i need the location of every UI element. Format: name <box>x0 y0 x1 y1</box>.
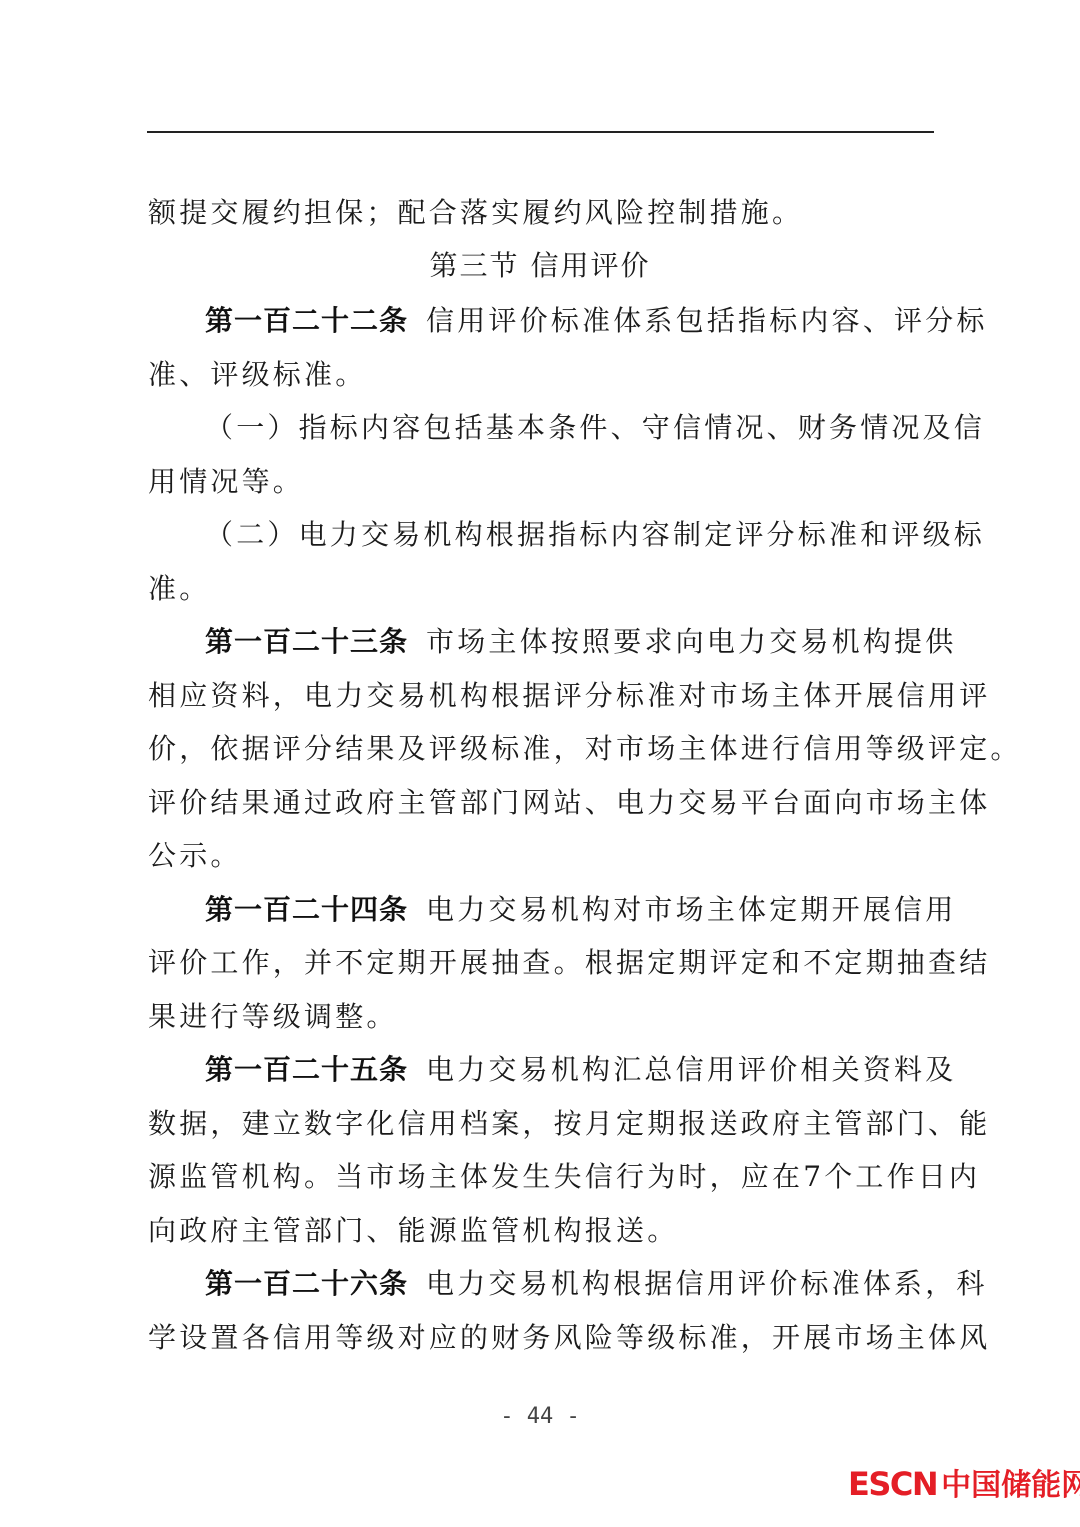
article-122-item-1-line-1: （一）指标内容包括基本条件、守信情况、财务情况及信 <box>205 408 934 448</box>
article-124-line-1: 第一百二十四条电力交易机构对市场主体定期开展信用 <box>205 890 934 930</box>
watermark-en: ESCN <box>848 1465 937 1503</box>
continuation-line: 额提交履约担保；配合落实履约风险控制措施。 <box>148 193 934 233</box>
article-122-item-1-line-2: 用情况等。 <box>148 462 934 502</box>
page-number: - 44 - <box>0 1404 1080 1429</box>
watermark-zh: 中国储能网 <box>941 1468 1080 1503</box>
article-label: 第一百二十六条 <box>205 1267 408 1300</box>
article-123-line-4: 评价结果通过政府主管部门网站、电力交易平台面向市场主体 <box>148 783 934 823</box>
article-122-item-2-line-2: 准。 <box>148 569 934 609</box>
article-123-line-2: 相应资料，电力交易机构根据评分标准对市场主体开展信用评 <box>148 676 934 716</box>
article-122-line-1: 第一百二十二条信用评价标准体系包括指标内容、评分标 <box>205 301 934 341</box>
article-124-line-3: 果进行等级调整。 <box>148 997 934 1037</box>
article-label: 第一百二十四条 <box>205 893 408 926</box>
section-title: 第三节 信用评价 <box>0 246 1080 286</box>
article-122-line-2: 准、评级标准。 <box>148 355 934 395</box>
article-125-line-1: 第一百二十五条电力交易机构汇总信用评价相关资料及 <box>205 1050 934 1090</box>
article-label: 第一百二十二条 <box>205 304 408 337</box>
article-125-line-3: 源监管机构。当市场主体发生失信行为时，应在7个工作日内 <box>148 1157 934 1197</box>
article-125-line-2: 数据，建立数字化信用档案，按月定期报送政府主管部门、能 <box>148 1104 934 1144</box>
article-126-line-2: 学设置各信用等级对应的财务风险等级标准，开展市场主体风 <box>148 1318 934 1358</box>
article-122-item-2-line-1: （二）电力交易机构根据指标内容制定评分标准和评级标 <box>205 515 934 555</box>
article-label: 第一百二十三条 <box>205 625 408 658</box>
article-123-line-5: 公示。 <box>148 836 934 876</box>
article-125-line-4: 向政府主管部门、能源监管机构报送。 <box>148 1211 934 1251</box>
header-rule <box>147 131 934 133</box>
article-label: 第一百二十五条 <box>205 1053 408 1086</box>
article-123-line-3: 价，依据评分结果及评级标准，对市场主体进行信用等级评定。 <box>148 729 934 769</box>
article-124-line-2: 评价工作，并不定期开展抽查。根据定期评定和不定期抽查结 <box>148 943 934 983</box>
escn-watermark-logo: ESCN中国储能网 <box>848 1466 1080 1504</box>
article-126-line-1: 第一百二十六条电力交易机构根据信用评价标准体系，科 <box>205 1264 934 1304</box>
article-123-line-1: 第一百二十三条市场主体按照要求向电力交易机构提供 <box>205 622 934 662</box>
